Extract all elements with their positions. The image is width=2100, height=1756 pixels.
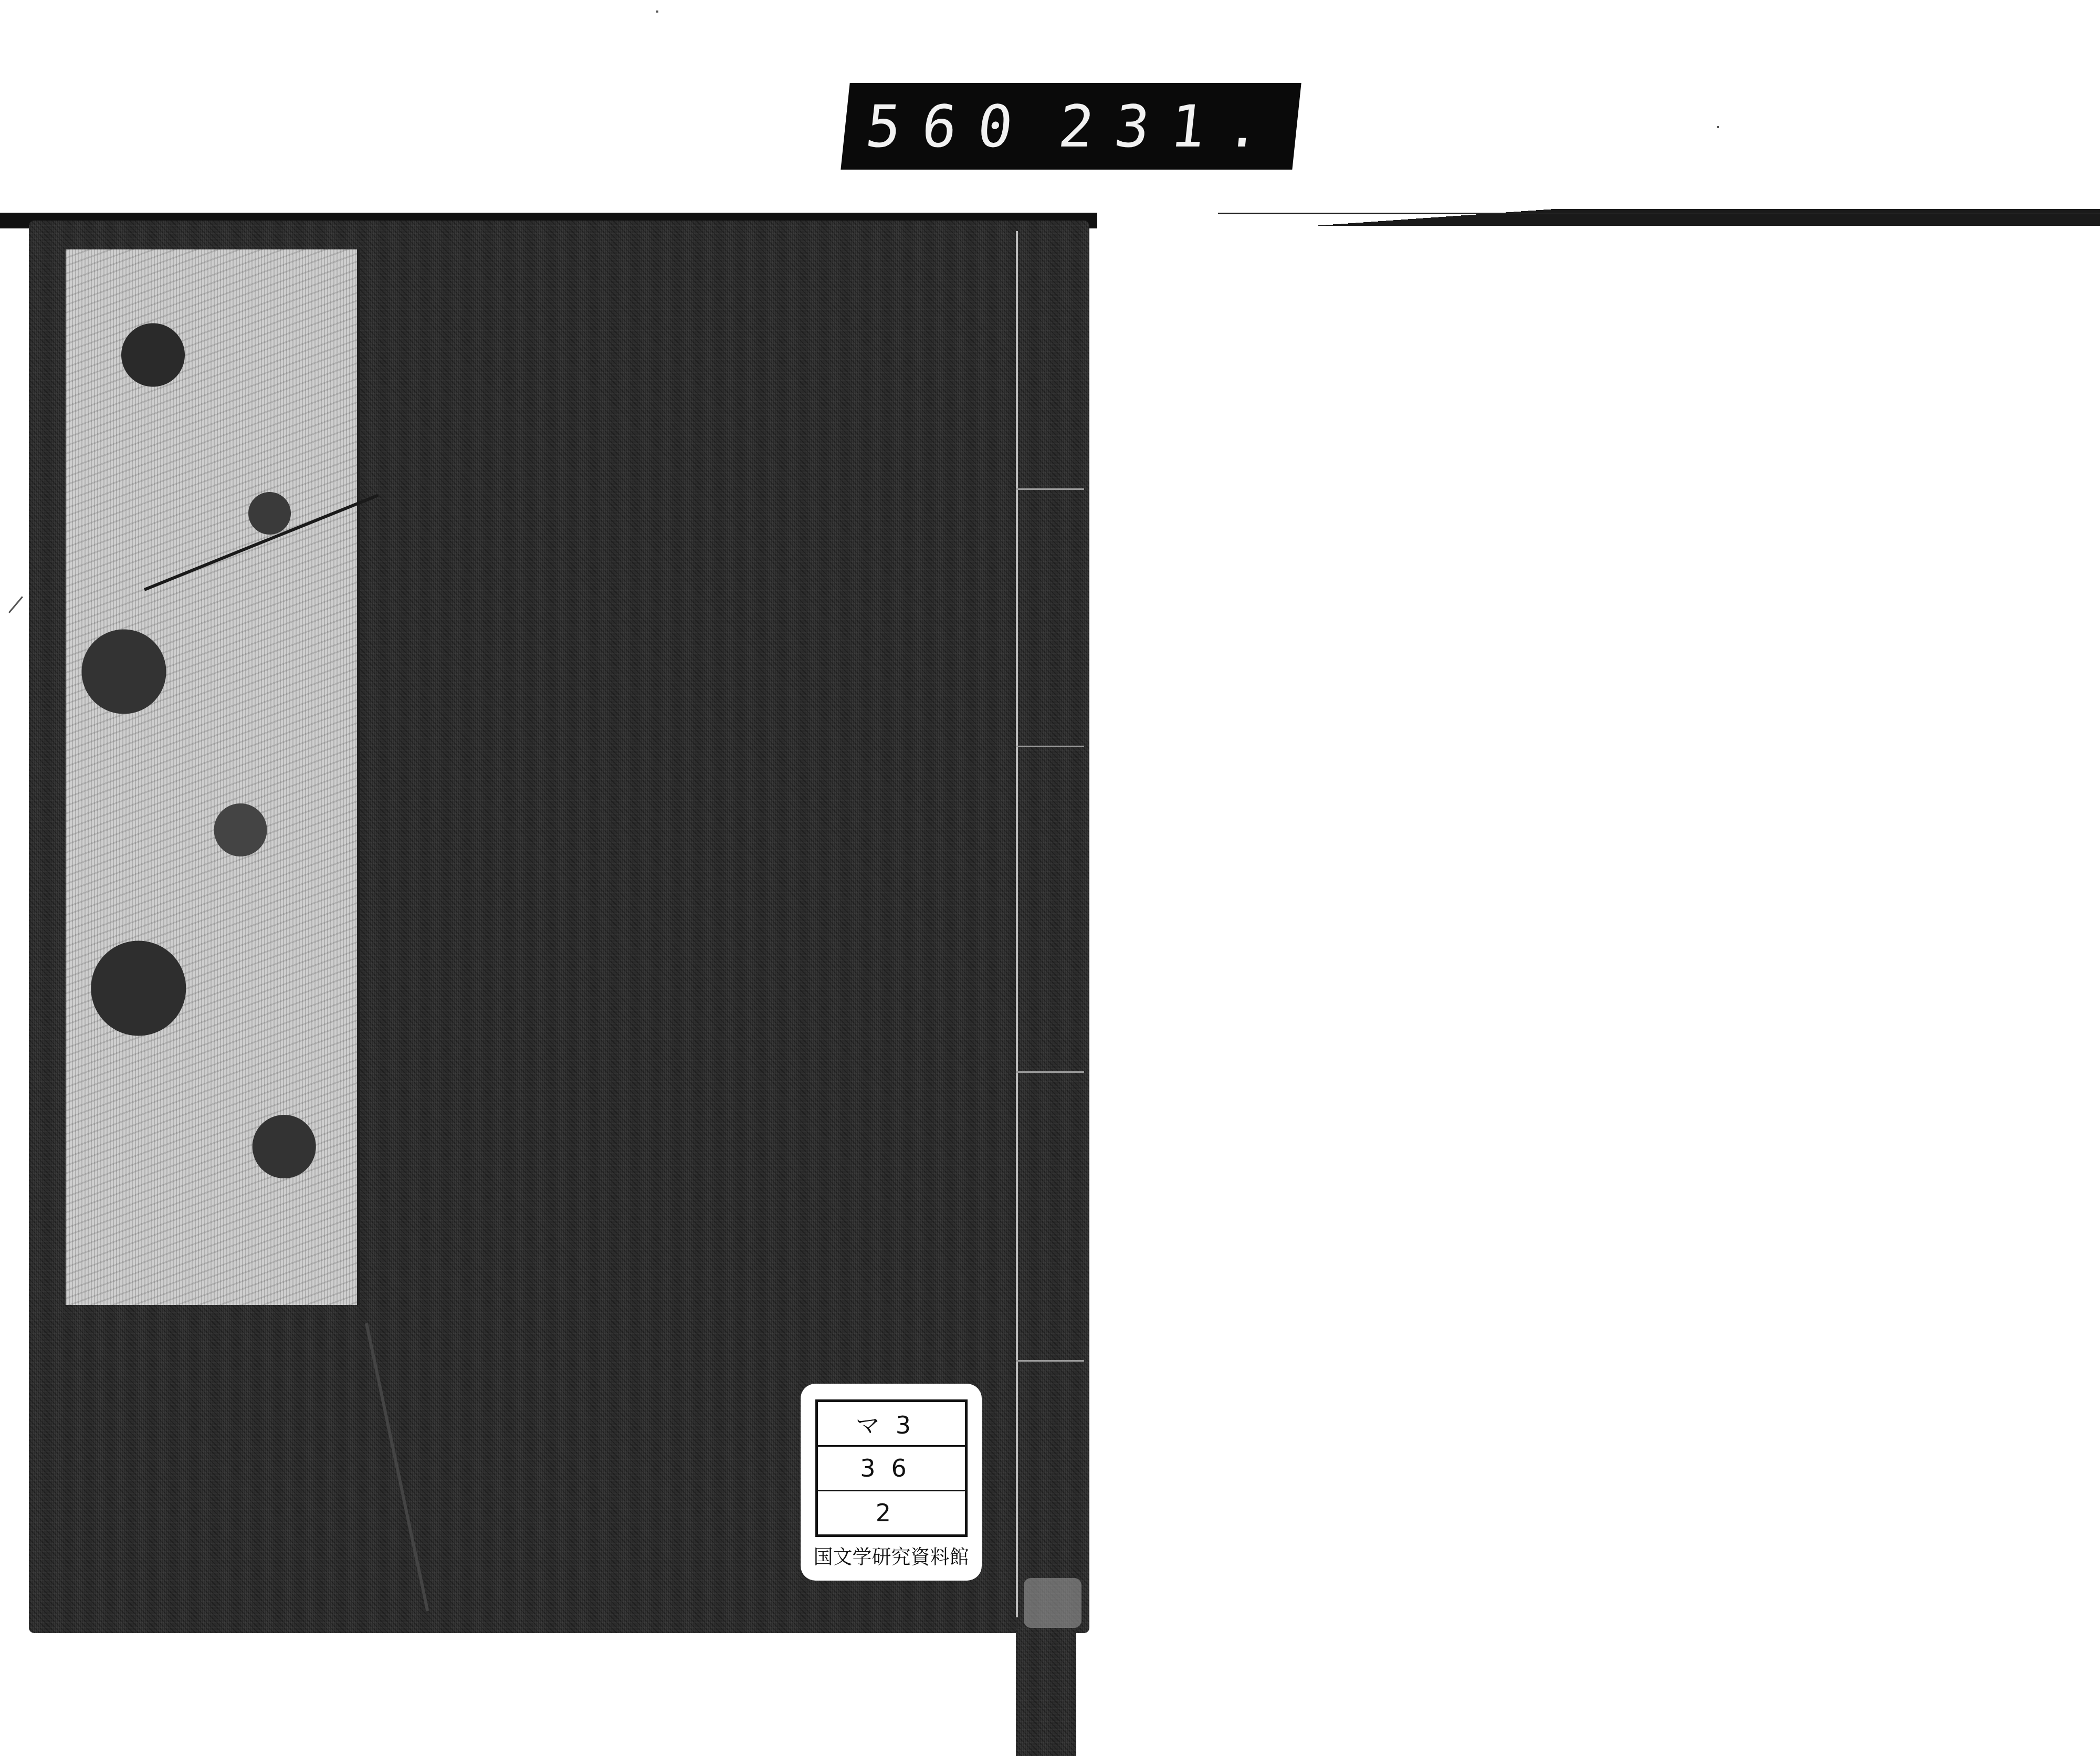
library-label: マ3 36 2 国文学研究資料館 [801,1384,982,1581]
label-row: 2 [816,1491,966,1536]
label-row: 36 [816,1446,966,1491]
scan-mark [8,596,23,613]
spine-binding [1016,231,1086,1617]
call-number-right: 231. [1055,93,1285,160]
label-table: マ3 36 2 [815,1399,968,1537]
bottom-ribbon-tab [1016,1628,1076,1756]
binding-stitch [1016,746,1084,747]
binding-stitch [1016,488,1084,490]
top-edge-right [1218,209,2100,226]
call-number-plate: 560 231. [841,83,1301,170]
binding-stitch [1016,1360,1084,1362]
top-edge-right-line [1218,213,2100,214]
spine-corner-wear [1024,1578,1081,1628]
scan-speck [1717,126,1719,128]
cover-crack [365,1323,429,1611]
scan-speck [656,11,658,13]
binding-stitch [1016,1071,1084,1073]
title-slip [66,249,360,1305]
label-institution: 国文学研究資料館 [812,1541,970,1570]
call-number-left: 560 [863,93,1037,160]
label-row: マ3 [816,1401,966,1446]
